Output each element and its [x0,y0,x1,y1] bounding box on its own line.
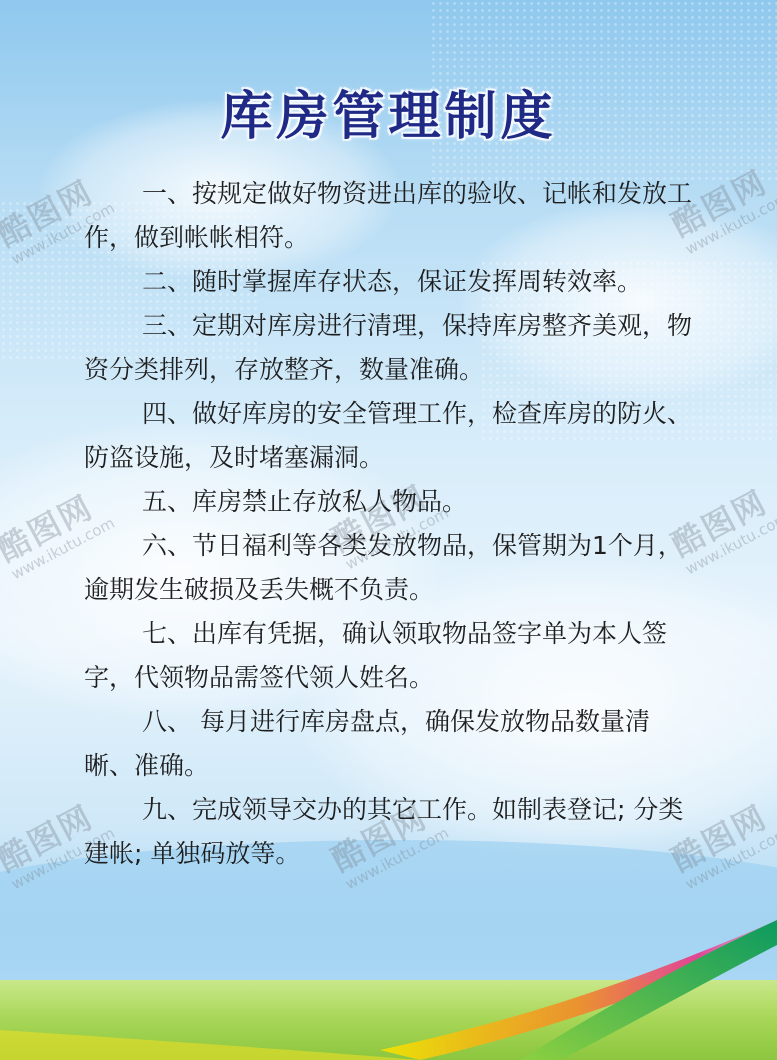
rule-item: 五、库房禁止存放私人物品。 [84,480,694,524]
rule-item: 七、出库有凭据，确认领取物品签字单为本人签字，代领物品需签代领人姓名。 [84,612,694,700]
rainbow-ribbon [0,900,777,1060]
rule-item: 一、按规定做好物资进出库的验收、记帐和发放工作，做到帐帐相符。 [84,172,694,260]
rules-list: 一、按规定做好物资进出库的验收、记帐和发放工作，做到帐帐相符。 二、随时掌握库存… [84,172,694,876]
rule-item: 九、完成领导交办的其它工作。如制表登记; 分类建帐; 单独码放等。 [84,788,694,876]
rule-item: 二、随时掌握库存状态，保证发挥周转效率。 [84,260,694,304]
poster: 酷图网 www.ikutu.com 酷图网 www.ikutu.com 酷图网 … [0,0,777,1060]
rule-item: 八、 每月进行库房盘点，确保发放物品数量清晰、准确。 [84,700,694,788]
rule-item: 四、做好库房的安全管理工作，检查库房的防火、防盗设施，及时堵塞漏洞。 [84,392,694,480]
rule-item: 六、节日福利等各类发放物品，保管期为1个月，逾期发生破损及丢失概不负责。 [84,524,694,612]
page-title: 库房管理制度 [0,74,777,149]
rule-item: 三、定期对库房进行清理，保持库房整齐美观，物资分类排列，存放整齐，数量准确。 [84,304,694,392]
